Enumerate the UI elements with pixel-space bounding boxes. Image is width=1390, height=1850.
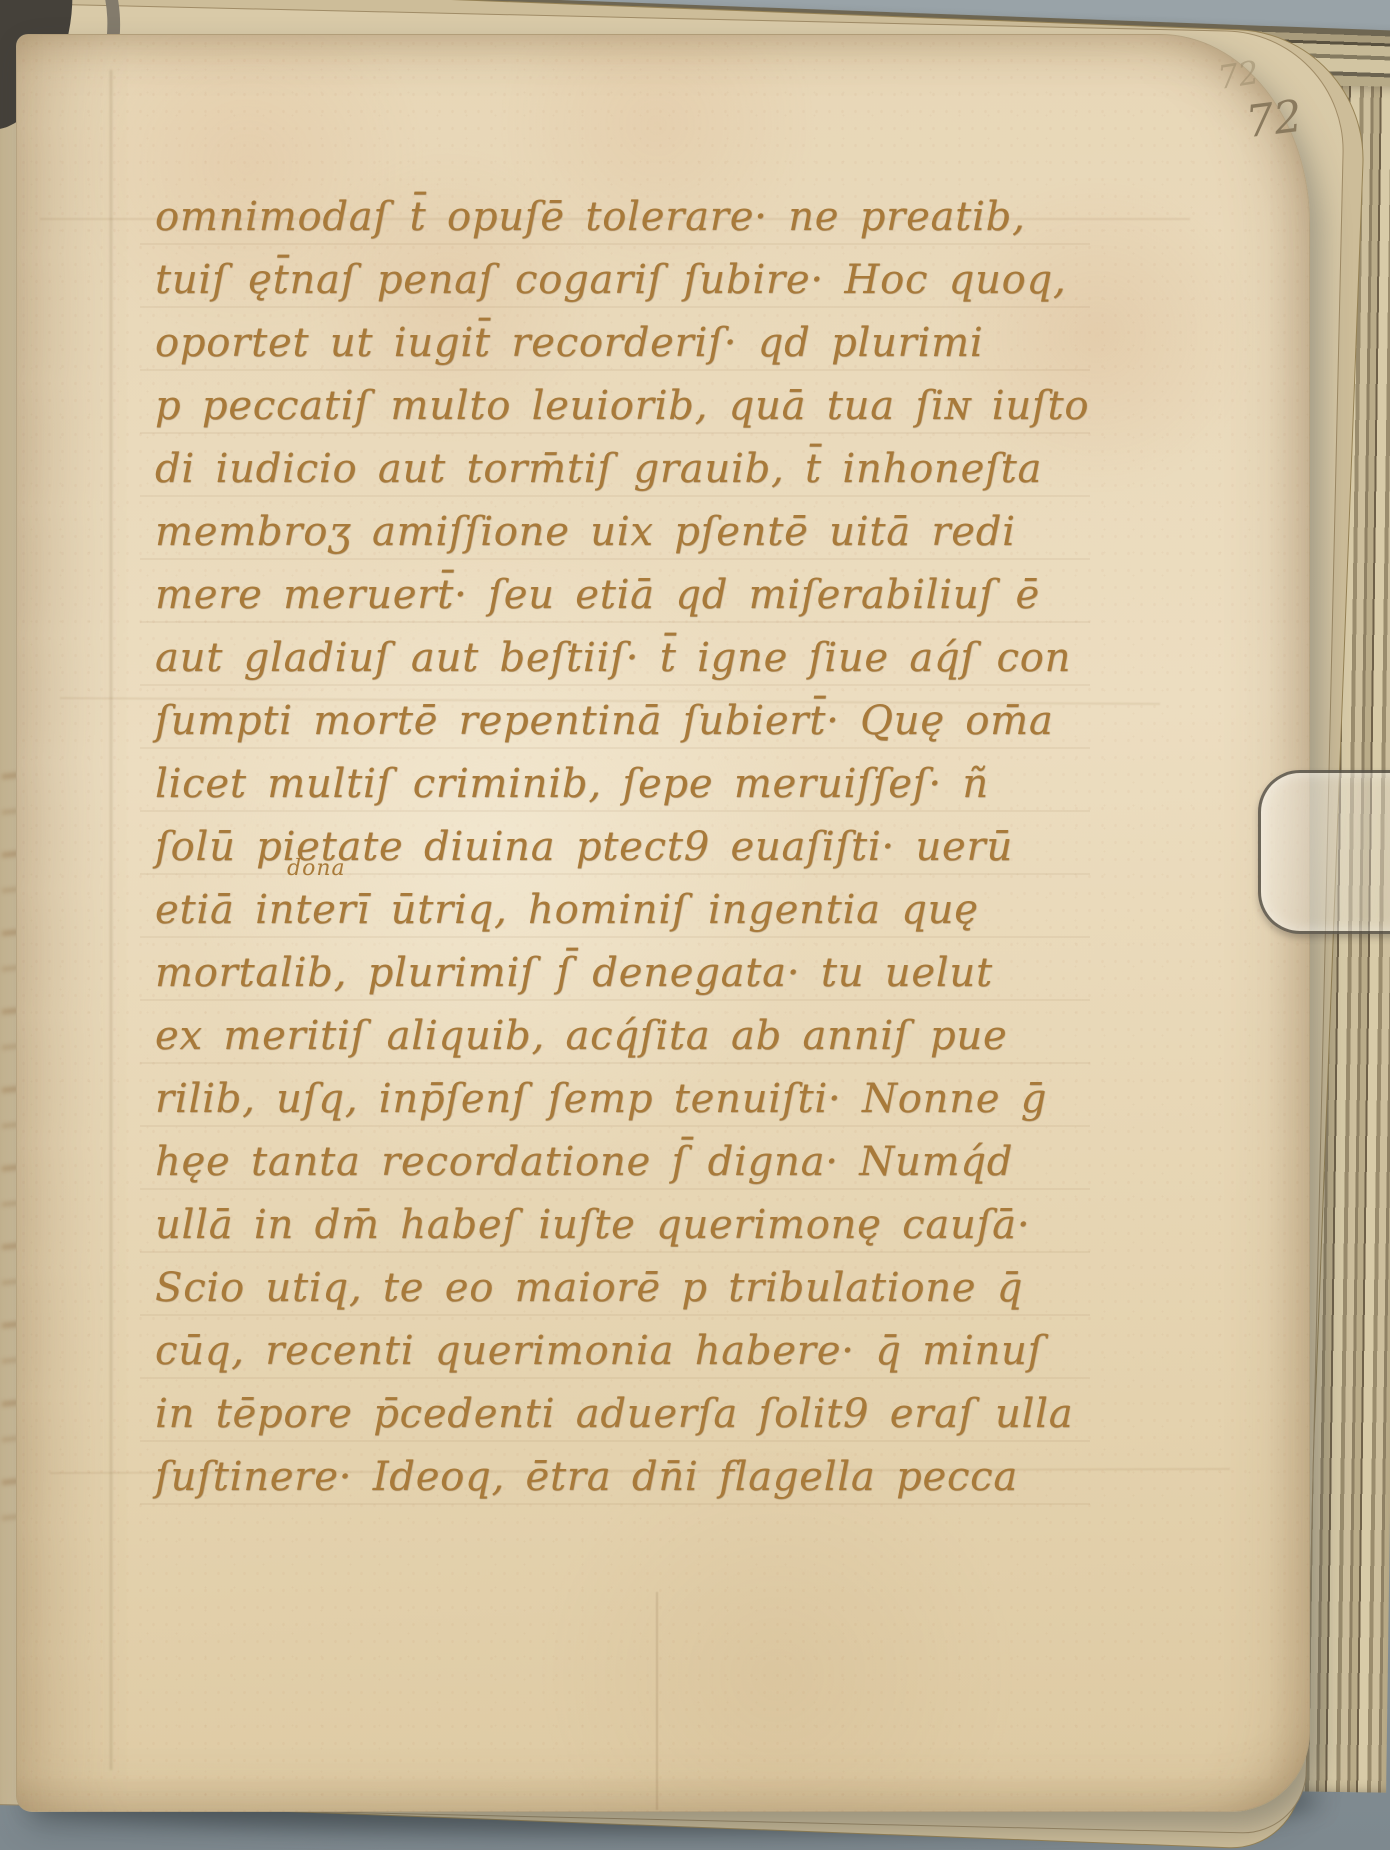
manuscript-line: p peccatiſ multo leuiorib, quā tua ſiɴ i… <box>155 375 1085 438</box>
folio-number: 72 <box>1243 91 1305 148</box>
manuscript-line: aut gladiuſ aut beſtiiſ· t̄ igne ſiue aq… <box>155 627 1085 690</box>
manuscript-line: hęe tanta recordatione ſ̄ digna· Numq́d <box>155 1131 1085 1194</box>
manuscript-line: ſumpti mortē repentinā ſubiert̄· Quę om̄… <box>155 690 1085 753</box>
manuscript-photo: omnimodaſ t̄ opuſē tolerare· ne preatib,… <box>0 0 1390 1850</box>
manuscript-text-block: omnimodaſ t̄ opuſē tolerare· ne preatib,… <box>155 186 1085 1509</box>
index-tab <box>1258 770 1390 934</box>
manuscript-line: ullā in dm̄ habeſ iuſte querimonę cauſā· <box>155 1194 1085 1257</box>
folio-number-ghost: 72 <box>1215 53 1261 97</box>
manuscript-line: di iudicio aut torm̄tiſ grauib, t̄ inhon… <box>155 438 1085 501</box>
manuscript-line: omnimodaſ t̄ opuſē tolerare· ne preatib, <box>155 186 1085 249</box>
manuscript-line: cūq, recenti querimonia habere· q̄ minuſ <box>155 1320 1085 1383</box>
vertical-crease <box>656 1592 658 1810</box>
manuscript-line: mortalib, plurimiſ ſ̄ denegata· tu uelut <box>155 942 1085 1005</box>
manuscript-line: etiā interī ūtriq, hominiſ ingentia quę <box>155 879 1085 942</box>
manuscript-line: ſuſtinere· Ideoq, ētra dn̄i flagella pec… <box>155 1446 1085 1509</box>
manuscript-line: rilib, uſq, inp̄ſenſ ſemp tenuiſti· Nonn… <box>155 1068 1085 1131</box>
manuscript-line: tuiſ ęt̄naſ penaſ cogariſ ſubire· Hoc qu… <box>155 249 1085 312</box>
manuscript-line: in tēpore p̄cedenti aduerſa ſolit9 eraſ … <box>155 1383 1085 1446</box>
manuscript-line: oportet ut iugit̄ recorderiſ· qd plurimi <box>155 312 1085 375</box>
manuscript-line: ex meritiſ aliquib, acq́ſita ab anniſ pu… <box>155 1005 1085 1068</box>
manuscript-line: mere meruert̄· ſeu etiā qd miſerabiliuſ … <box>155 564 1085 627</box>
manuscript-line: licet multiſ criminib, ſepe meruiſſeſ· ñ <box>155 753 1085 816</box>
interlinear-gloss: dona <box>287 856 346 881</box>
manuscript-line: membroʒ amiſſione uix pſentē uitā redi <box>155 501 1085 564</box>
manuscript-line: Scio utiq, te eo maiorē p tribulatione q… <box>155 1257 1085 1320</box>
gutter-crease-line <box>110 70 112 1770</box>
